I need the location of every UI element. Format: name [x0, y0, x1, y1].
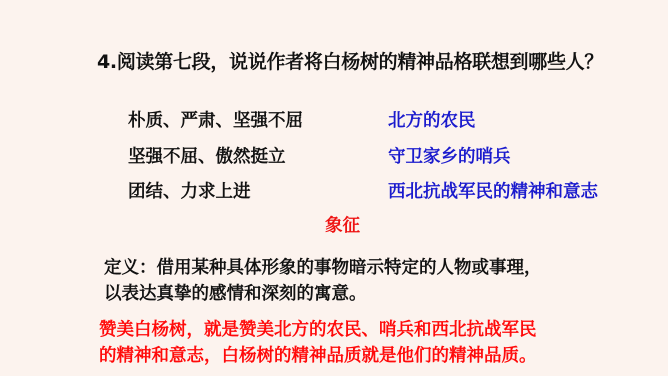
- conclusion-line: 赞美白杨树，就是赞美北方的农民、哨兵和西北抗战军民: [99, 316, 537, 341]
- conclusion-line: 的精神和意志，白杨树的精神品质就是他们的精神品质。: [99, 342, 537, 367]
- question-heading: 4.阅读第七段，说说作者将白杨树的精神品格联想到哪些人？: [97, 47, 603, 74]
- definition-line: 以表达真挚的感情和深刻的寓意。: [104, 280, 367, 305]
- person-text: 守卫家乡的哨兵: [388, 143, 511, 168]
- trait-text: 团结、力求上进: [128, 178, 251, 203]
- person-text: 西北抗战军民的精神和意志: [388, 178, 598, 203]
- trait-text: 朴质、严肃、坚强不屈: [128, 107, 303, 132]
- definition-line: 定义：借用某种具体形象的事物暗示特定的人物或事理，: [104, 254, 542, 279]
- symbol-label: 象征: [325, 212, 360, 237]
- trait-text: 坚强不屈、傲然挺立: [128, 143, 286, 168]
- person-text: 北方的农民: [388, 107, 476, 132]
